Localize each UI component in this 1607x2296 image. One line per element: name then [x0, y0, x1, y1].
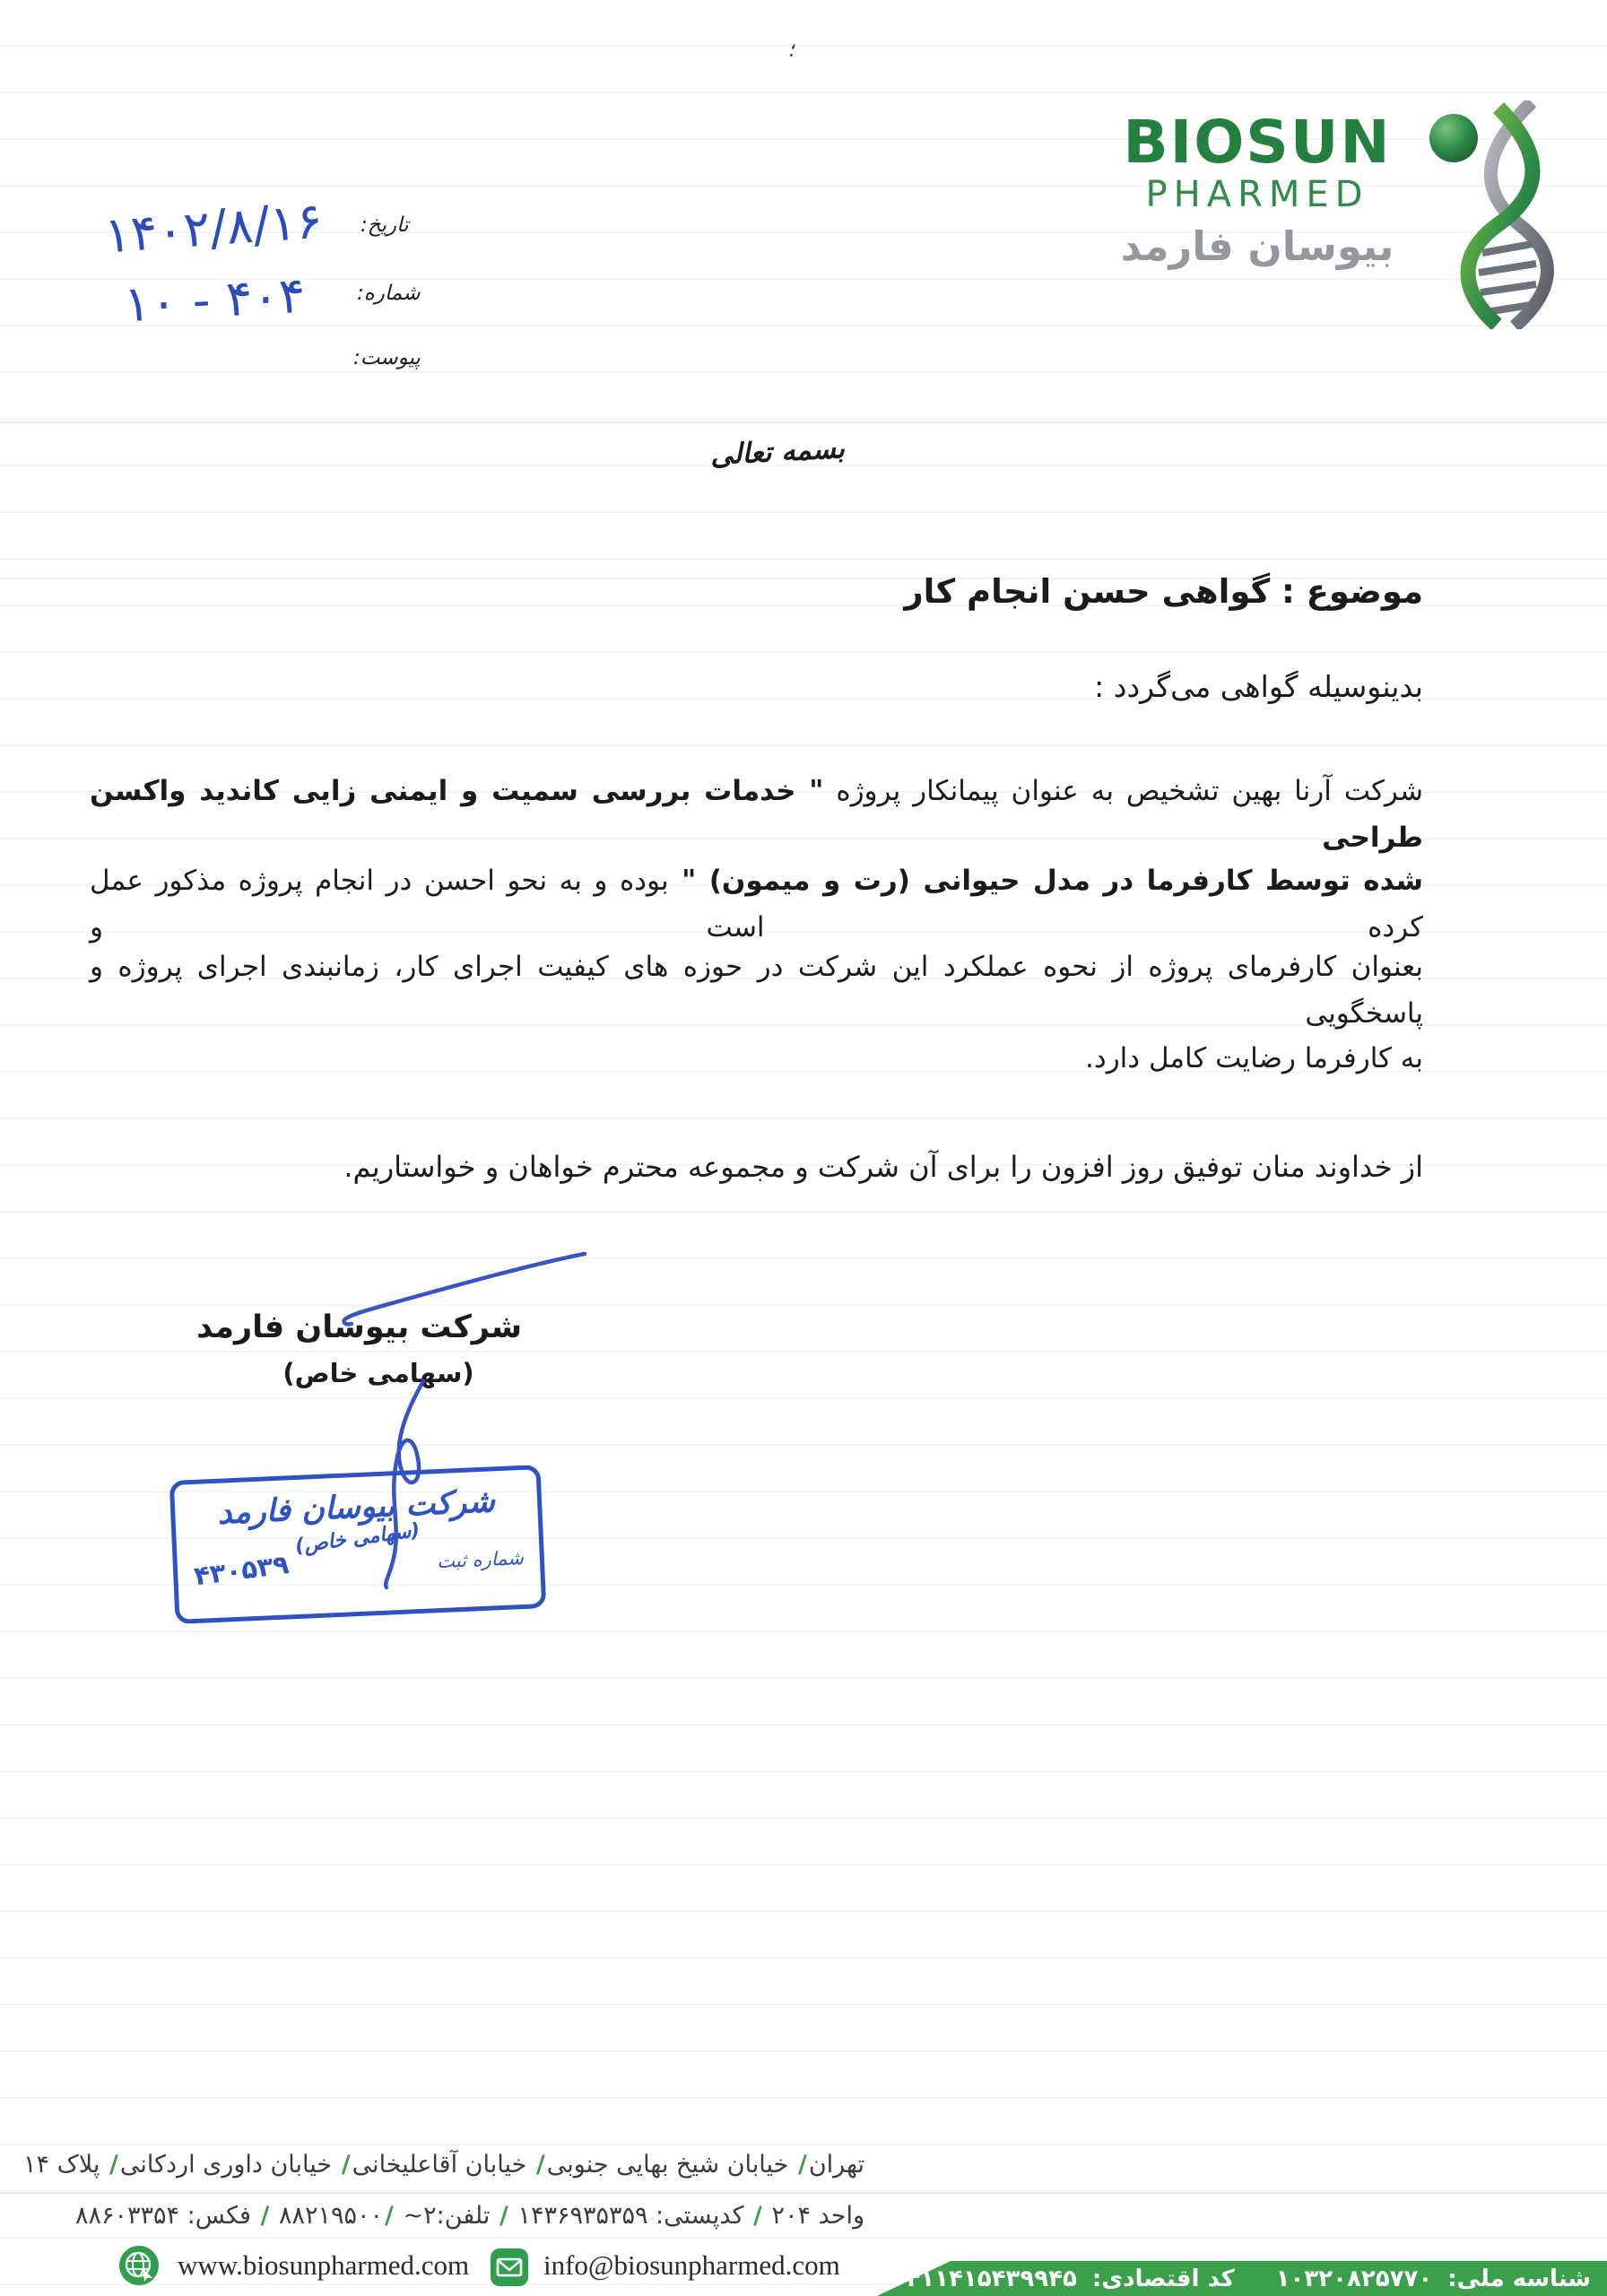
salutation-line: بدینوسیله گواهی می‌گردد : — [1094, 669, 1423, 704]
email-icon — [490, 2248, 529, 2287]
subject-line: موضوع : گواهی حسن انجام کار — [904, 572, 1423, 611]
closing-line: از خداوند منان توفیق روز افزون را برای آ… — [343, 1150, 1423, 1184]
body-line-4: به کارفرما رضایت کامل دارد. — [90, 1035, 1423, 1082]
national-id-label: شناسه ملی: — [1447, 2266, 1591, 2292]
website-url[interactable]: www.biosunpharmed.com — [178, 2249, 469, 2282]
address-line-2: واحد ۲۰۴ / کدپستی: ۱۴۳۶۹۳۵۳۵۹ / تلفن:۲~ … — [75, 2202, 864, 2230]
scan-artifact-line — [0, 2192, 1607, 2194]
besmele-calligraphy: بسمه تعالی — [709, 432, 846, 472]
scan-texture — [0, 0, 1607, 2296]
logo-wordmark-persian: بیوسان فارمد — [1119, 222, 1395, 270]
logo-wordmark-sub: PHARMED — [1119, 174, 1395, 215]
attachment-label: پیوست: — [353, 346, 421, 370]
body-line-1: شرکت آرنا بهین تشخیص به عنوان پیمانکار پ… — [90, 768, 1423, 861]
email-address[interactable]: info@biosunpharmed.com — [543, 2249, 840, 2282]
signature-block: شرکت بیوسان فارمد (سهامی خاص) — [235, 1309, 522, 1388]
subject-title: گواهی حسن انجام کار — [904, 572, 1270, 611]
address-line-1: تهران/ خیابان شیخ بهایی جنوبی/ خیابان آق… — [23, 2151, 864, 2179]
body-line-3: بعنوان کارفرمای پروژه از نحوه عملکرد این… — [90, 944, 1423, 1037]
signature-share-type: (سهامی خاص) — [235, 1358, 522, 1388]
body-text: شرکت آرنا بهین تشخیص به عنوان پیمانکار پ… — [823, 775, 1423, 807]
company-stamp: شرکت بیوسان فارمد (سهامی خاص) شماره ثبت … — [169, 1465, 547, 1624]
body-line-2: شده توسط کارفرما در مدل حیوانی (رت و میم… — [90, 857, 1423, 951]
subject-label: موضوع : — [1281, 572, 1423, 611]
globe-icon — [118, 2245, 160, 2286]
logo-wordmark: BIOSUN — [1119, 113, 1395, 172]
company-logo: BIOSUN PHARMED بیوسان فارمد — [1119, 113, 1395, 270]
ink-speck: ؛ — [786, 39, 797, 63]
signature-company: شرکت بیوسان فارمد — [235, 1309, 522, 1345]
footer-id-band: شناسه ملی: ۱۰۳۲۰۸۲۵۷۷۰ کد اقتصادی: ۴۱۱۴۱… — [877, 2261, 1607, 2296]
handwritten-number: ۴۰۴ - ۱۰ — [122, 266, 307, 334]
stamp-reg-label: شماره ثبت — [437, 1547, 525, 1572]
handwritten-date: ۱۴۰۲/۸/۱۶ — [102, 192, 325, 265]
economic-code-label: کد اقتصادی: — [1092, 2266, 1235, 2292]
project-title-bold: شده توسط کارفرما در مدل حیوانی (رت و میم… — [669, 865, 1423, 897]
economic-code-value: ۴۱۱۴۱۵۴۳۹۹۴۵ — [906, 2266, 1076, 2292]
letter-page: ؛ BIOSUN PHARMED بیوسان فارمد تاریخ: شما… — [0, 0, 1607, 2296]
date-label: تاریخ: — [360, 213, 409, 237]
logo-ball — [1429, 114, 1478, 162]
number-label: شماره: — [357, 282, 420, 305]
scan-artifact-line — [0, 422, 1607, 423]
national-id-value: ۱۰۳۲۰۸۲۵۷۷۰ — [1276, 2266, 1433, 2292]
national-id: شناسه ملی: ۱۰۳۲۰۸۲۵۷۷۰ — [1276, 2266, 1591, 2292]
handwritten-signature — [0, 0, 1607, 2296]
economic-code: کد اقتصادی: ۴۱۱۴۱۵۴۳۹۹۴۵ — [906, 2266, 1234, 2292]
dna-helix-icon — [1420, 100, 1559, 329]
